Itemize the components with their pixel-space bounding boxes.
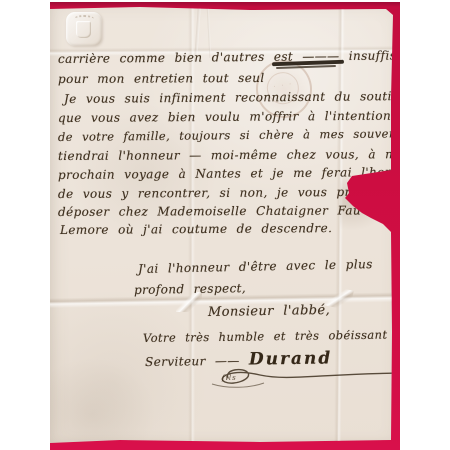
handwritten-line: de votre famille, toujours si chère à me… (58, 126, 400, 144)
seal-crest (76, 21, 91, 38)
handwritten-line: de vous y rencontrer, si non, je vous pr… (58, 185, 400, 201)
closing-line: Votre très humble et très obéissant (143, 328, 388, 345)
handwritten-line: carrière comme bien d'autres est ——— ins… (58, 48, 400, 66)
handwritten-line: déposer chez Mademoiselle Chataigner Fau… (58, 203, 400, 219)
handwritten-line: prochain voyage à Nantes et je me ferai … (58, 165, 400, 182)
handwritten-line: que vous avez bien voulu m'offrir à l'in… (58, 109, 400, 125)
handwritten-line: tiendrai l'honneur — moi-même chez vous,… (58, 147, 400, 163)
paraph-text: fils (222, 374, 237, 382)
handwritten-line: Je vous suis infiniment reconnaissant du… (64, 89, 400, 106)
embossed-seal-icon (66, 12, 102, 46)
closing-salutation: Monsieur l'abbé, (208, 303, 330, 320)
letter-photo: · · · carrière comme bien d'autres est —… (50, 2, 400, 450)
handwritten-line: pour mon entretien tout seul (58, 71, 265, 86)
handwritten-line: Lemore où j'ai coutume de descendre. (60, 221, 332, 237)
closing-line: J'ai l'honneur d'être avec le plus (138, 257, 373, 276)
closing-line: profond respect, (134, 281, 246, 297)
letter-paper: · · · carrière comme bien d'autres est —… (50, 2, 400, 450)
